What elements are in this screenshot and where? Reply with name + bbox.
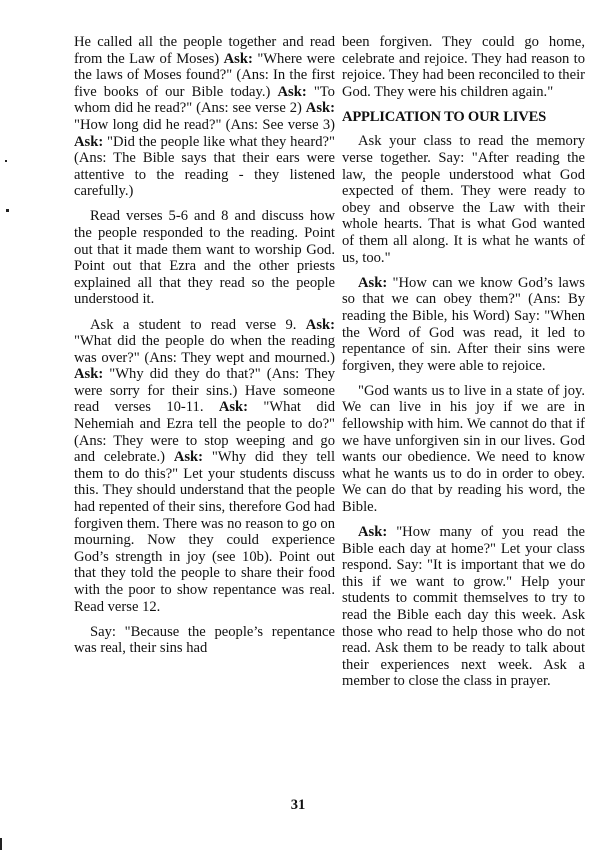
right-column: been forgiven. They could go home, celeb… xyxy=(342,34,585,698)
section-heading: APPLICATION TO OUR LIVES xyxy=(342,109,585,126)
paragraph: Ask: "How many of you read the Bible eac… xyxy=(342,524,585,690)
ask-label: Ask: xyxy=(358,275,387,291)
paragraph: Ask: "How can we know God’s laws so that… xyxy=(342,275,585,375)
ask-label: Ask: xyxy=(219,399,248,415)
ask-label: Ask: xyxy=(278,84,307,100)
ask-label: Ask: xyxy=(358,524,387,540)
paragraph: He called all the people together and re… xyxy=(74,34,335,200)
ask-label: Ask: xyxy=(174,449,203,465)
page-number: 31 xyxy=(0,797,596,814)
paragraph: been forgiven. They could go home, celeb… xyxy=(342,34,585,100)
paragraph: Read verses 5-6 and 8 and discuss how th… xyxy=(74,208,335,308)
left-column: He called all the people together and re… xyxy=(74,34,335,665)
ask-label: Ask: xyxy=(74,366,103,382)
paragraph: "God wants us to live in a state of joy.… xyxy=(342,383,585,516)
ask-label: Ask: xyxy=(306,317,335,333)
paragraph: Ask your class to read the memory verse … xyxy=(342,133,585,266)
scan-artifact xyxy=(0,838,2,850)
paragraph: Say: "Because the people’s repentance wa… xyxy=(74,624,335,657)
paragraph: Ask a student to read verse 9. Ask: "Wha… xyxy=(74,317,335,616)
ask-label: Ask: xyxy=(74,134,103,150)
scan-artifact xyxy=(5,160,7,162)
scan-artifact xyxy=(6,209,9,212)
ask-label: Ask: xyxy=(224,51,253,67)
ask-label: Ask: xyxy=(306,100,335,116)
